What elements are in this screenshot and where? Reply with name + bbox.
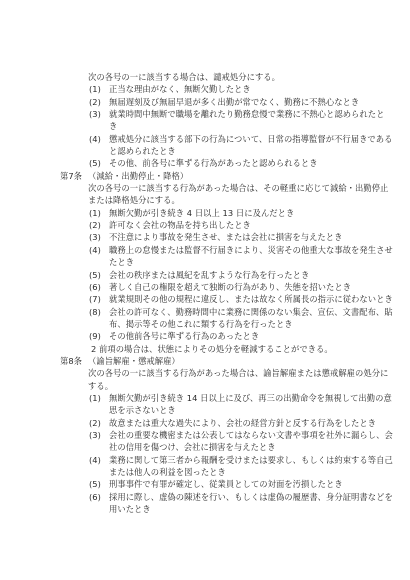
item-number: (8): [89, 306, 109, 318]
document-page: 次の各号の一に該当する場合は、譴戒処分にする。 (1)正当な理由がなく、無断欠勤…: [0, 0, 410, 580]
item-number: (5): [89, 269, 109, 281]
item-text: 無断欠勤が引き続き 4 日以上 13 日に及んだとき: [109, 207, 294, 219]
article-title: （減給・出勤停止・降格）: [88, 170, 188, 182]
item-number: (2): [89, 96, 109, 108]
item-text: 就業時間中無断で職場を離れたり勤務怠慢で業務に不熱心と認められたと: [109, 108, 384, 120]
article-7-item-9: (9)その他前各号に準ずる行為のあったとき: [60, 330, 360, 342]
item-number: (2): [89, 417, 109, 429]
article-7-item-4: (4)職務上の怠慢または監督不行届きにより、災害その他重大な事故を発生させ: [60, 244, 360, 256]
item-number: (3): [89, 231, 109, 243]
article-7-item-1: (1)無断欠勤が引き続き 4 日以上 13 日に及んだとき: [60, 207, 360, 219]
item-text: 刑事事件で有罪が確定し、従業員としての対面を汚損したとき: [109, 478, 343, 490]
item-text: 会社の許可なく、勤務時間中に業務に関係のない集会、宣伝、文書配布、貼: [109, 306, 393, 318]
article-7-intro-cont: または降格処分にする。: [60, 194, 360, 206]
item-continuation: たとき: [60, 256, 360, 268]
item-continuation: と認められたとき: [60, 145, 360, 157]
item-text: 会社の重要な機密または公表してはならない文書や事項を社外に漏らし、会: [109, 429, 393, 441]
item-text: その他、前各号に準ずる行為があったと認められるとき: [109, 157, 318, 169]
item-continuation: き: [60, 120, 360, 132]
article-8-item-6: (6)採用に際し、虚偽の陳述を行い、もしくは虚偽の履歴書、身分証明書などを: [60, 491, 360, 503]
item-number: (6): [89, 491, 109, 503]
article-7-item-6: (6)著しく自己の権限を超えて独断の行為があり、失態を招いたとき: [60, 281, 360, 293]
intro-paragraph: 次の各号の一に該当する場合は、譴戒処分にする。: [60, 71, 360, 83]
item-text: 不注意により事故を発生させ、または会社に損害を与えたとき: [109, 231, 342, 243]
item-number: (5): [89, 478, 109, 490]
article-8-intro: 次の各号の一に該当する行為があった場合は、諭旨解雇または懲戒解雇の処分に: [60, 367, 360, 379]
item-text: 無断欠勤が引き続き 14 日以上に及び、再三の出勤命令を無視して出勤の意: [109, 392, 392, 404]
item-text: その他前各号に準ずる行為のあったとき: [109, 330, 259, 342]
article-7-item-7: (7)就業規則その他の規程に違反し、または故なく所属長の指示に従わないとき: [60, 293, 360, 305]
article-7-item-8: (8)会社の許可なく、勤務時間中に業務に関係のない集会、宣伝、文書配布、貼: [60, 306, 360, 318]
item-number: (1): [89, 392, 109, 404]
item-number: (4): [89, 454, 109, 466]
item-text: 許可なく会社の物品を持ち出したとき: [109, 219, 251, 231]
item-text: 懲戒処分に該当する部下の行為について、日常の指導監督が不行届きである: [109, 133, 392, 145]
intro-item-5: (5)その他、前各号に準ずる行為があったと認められるとき: [60, 157, 360, 169]
item-text: 職務上の怠慢または監督不行届きにより、災害その他重大な事故を発生させ: [109, 244, 393, 256]
article-7-heading: 第7条（減給・出勤停止・降格）: [60, 170, 360, 182]
article-number: 第8条: [60, 355, 88, 367]
article-8-intro-cont: する。: [60, 380, 360, 392]
item-number: (4): [89, 133, 109, 145]
item-continuation: 布、掲示等その他これに類する行為を行ったとき: [60, 318, 360, 330]
document-body: 次の各号の一に該当する場合は、譴戒処分にする。 (1)正当な理由がなく、無断欠勤…: [60, 71, 360, 515]
item-number: (3): [89, 108, 109, 120]
item-text: 故意または重大な過失により、会社の経営方針と反する行為をしたとき: [109, 417, 376, 429]
item-text: 業務に関して第三者から報酬を受けまたは要求し、もしくは約束する等自己: [109, 454, 393, 466]
item-number: (1): [89, 207, 109, 219]
item-number: (3): [89, 429, 109, 441]
item-number: (4): [89, 244, 109, 256]
item-text: 無届遅刻及び無届早退が多く出勤が常でなく、勤務に不熱心なとき: [109, 96, 359, 108]
article-8-item-4: (4)業務に関して第三者から報酬を受けまたは要求し、もしくは約束する等自己: [60, 454, 360, 466]
article-7-item-5: (5)会社の秩序または風紀を乱すような行為を行ったとき: [60, 269, 360, 281]
article-8-item-2: (2)故意または重大な過失により、会社の経営方針と反する行為をしたとき: [60, 417, 360, 429]
article-8-item-1: (1)無断欠勤が引き続き 14 日以上に及び、再三の出勤命令を無視して出勤の意: [60, 392, 360, 404]
article-title: （諭旨解雇・懲戒解雇）: [88, 355, 180, 367]
item-number: (9): [89, 330, 109, 342]
intro-item-2: (2)無届遅刻及び無届早退が多く出勤が常でなく、勤務に不熱心なとき: [60, 96, 360, 108]
article-7-item-3: (3)不注意により事故を発生させ、または会社に損害を与えたとき: [60, 231, 360, 243]
item-continuation: 思を示さないとき: [60, 404, 360, 416]
item-number: (1): [89, 83, 109, 95]
item-continuation: 社の信用を傷つけ、会社に損害を与えたとき: [60, 441, 360, 453]
item-continuation: または他人の利益を図ったとき: [60, 466, 360, 478]
article-7-sub-clause: 2 前項の場合は、状態によりその処分を軽減することができる。: [60, 343, 360, 355]
item-number: (5): [89, 157, 109, 169]
item-continuation: 用いたとき: [60, 503, 360, 515]
item-number: (6): [89, 281, 109, 293]
article-8-item-3: (3)会社の重要な機密または公表してはならない文書や事項を社外に漏らし、会: [60, 429, 360, 441]
article-8-item-5: (5)刑事事件で有罪が確定し、従業員としての対面を汚損したとき: [60, 478, 360, 490]
intro-item-4: (4)懲戒処分に該当する部下の行為について、日常の指導監督が不行届きである: [60, 133, 360, 145]
article-8-heading: 第8条（諭旨解雇・懲戒解雇）: [60, 355, 360, 367]
article-7-item-2: (2)許可なく会社の物品を持ち出したとき: [60, 219, 360, 231]
item-text: 採用に際し、虚偽の陳述を行い、もしくは虚偽の履歴書、身分証明書などを: [109, 491, 393, 503]
item-text: 正当な理由がなく、無断欠勤したとき: [109, 83, 251, 95]
item-text: 就業規則その他の規程に違反し、または故なく所属長の指示に従わないとき: [109, 293, 393, 305]
item-text: 著しく自己の権限を超えて独断の行為があり、失態を招いたとき: [109, 281, 351, 293]
article-7-intro: 次の各号の一に該当する行為があった場合は、その軽重に応じて減給・出勤停止: [60, 182, 360, 194]
item-number: (2): [89, 219, 109, 231]
article-number: 第7条: [60, 170, 88, 182]
item-text: 会社の秩序または風紀を乱すような行為を行ったとき: [109, 269, 309, 281]
intro-item-3: (3)就業時間中無断で職場を離れたり勤務怠慢で業務に不熱心と認められたと: [60, 108, 360, 120]
intro-item-1: (1)正当な理由がなく、無断欠勤したとき: [60, 83, 360, 95]
item-number: (7): [89, 293, 109, 305]
